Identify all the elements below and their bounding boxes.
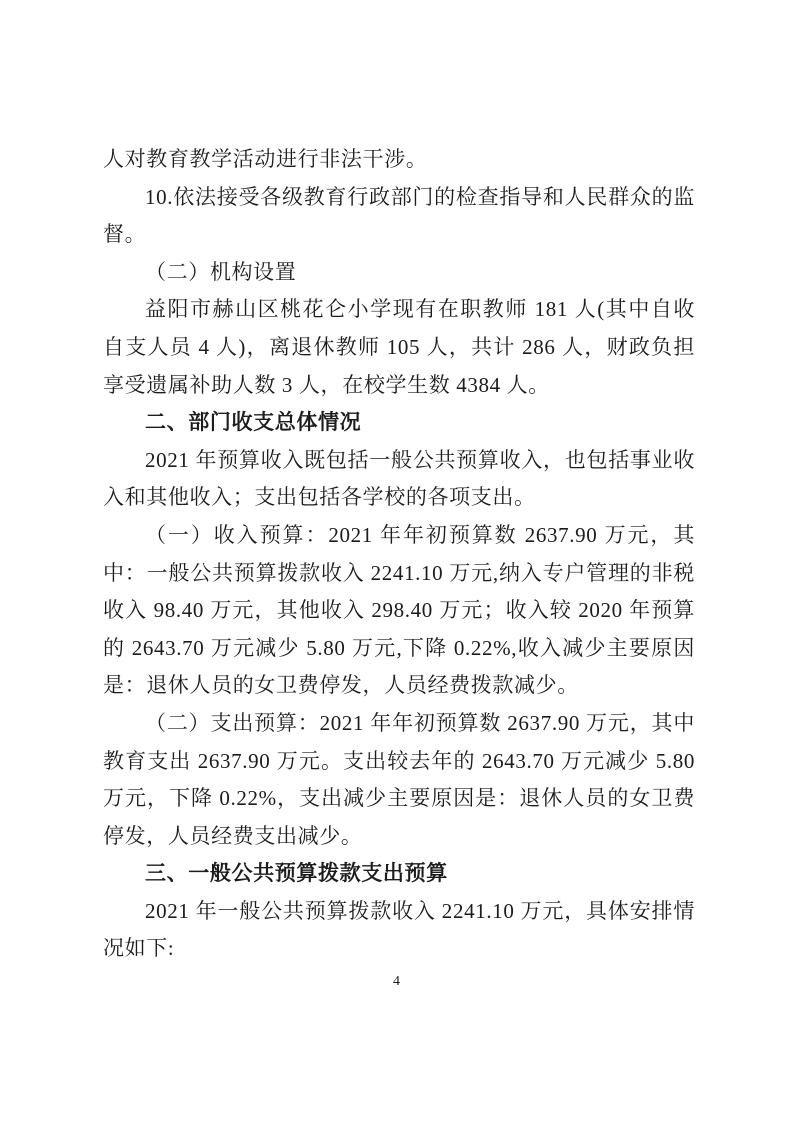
paragraph-revenue-budget: （一）收入预算：2021 年年初预算数 2637.90 万元，其中：一般公共预算… — [103, 517, 695, 705]
subsection-heading-organization-setup: （二）机构设置 — [103, 254, 695, 292]
paragraph-expenditure-budget: （二）支出预算：2021 年年初预算数 2637.90 万元，其中教育支出 26… — [103, 705, 695, 855]
paragraph-staffing: 益阳市赫山区桃花仑小学现有在职教师 181 人(其中自收自支人员 4 人)，离退… — [103, 291, 695, 404]
paragraph-budget-scope: 2021 年预算收入既包括一般公共预算收入，也包括事业收入和其他收入；支出包括各… — [103, 442, 695, 517]
document-text-block: 人对教育教学活动进行非法干涉。 10.依法接受各级教育行政部门的检查指导和人民群… — [103, 141, 695, 968]
paragraph-budget-arrangement-intro: 2021 年一般公共预算拨款收入 2241.10 万元，具体安排情况如下: — [103, 893, 695, 968]
document-page: 人对教育教学活动进行非法干涉。 10.依法接受各级教育行政部门的检查指导和人民群… — [0, 0, 793, 1122]
section-heading-2-overall-revenue-expenditure: 二、部门收支总体情况 — [103, 404, 695, 442]
paragraph-item-10: 10.依法接受各级教育行政部门的检查指导和人民群众的监督。 — [103, 179, 695, 254]
section-heading-3-general-public-budget-expenditure: 三、一般公共预算拨款支出预算 — [103, 855, 695, 893]
paragraph-continued: 人对教育教学活动进行非法干涉。 — [103, 141, 695, 179]
page-number: 4 — [0, 974, 793, 990]
